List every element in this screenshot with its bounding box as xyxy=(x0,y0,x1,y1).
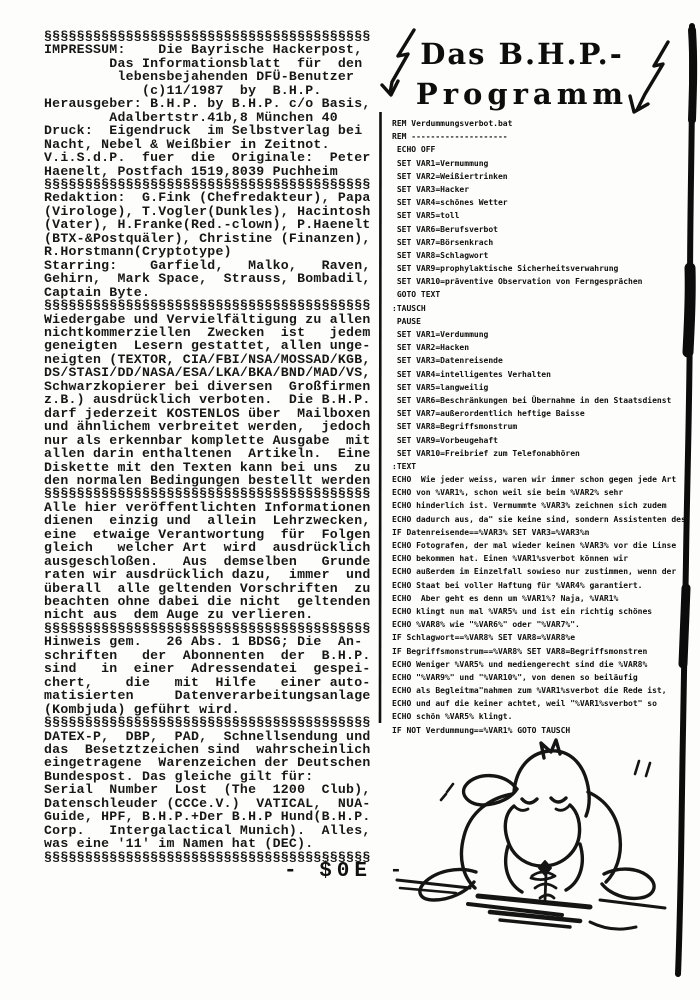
text-line: §§§§§§§§§§§§§§§§§§§§§§§§§§§§§§§§§§§§§§§§ xyxy=(44,487,384,500)
text-line: dienen einzig und allein Lehrzwecken, xyxy=(44,514,384,527)
text-line: SET VAR7=außerordentlich heftige Baisse xyxy=(392,407,692,420)
text-line: SET VAR8=Schlagwort xyxy=(392,249,692,262)
text-line: Schwarzkopierer bei diversen Großfirmen xyxy=(44,380,384,393)
text-line: REM Verdummungsverbot.bat xyxy=(392,117,692,130)
text-line: chert, die mit Hilfe einer auto- xyxy=(44,676,384,689)
text-line: SET VAR3=Datenreisende xyxy=(392,354,692,367)
text-line: IF Begriffsmonstrum==%VAR8% SET VAR8=Beg… xyxy=(392,645,692,658)
text-line: Diskette mit den Texten kann bei uns zu xyxy=(44,461,384,474)
text-line: beachten ohne dabei die nicht geltenden xyxy=(44,595,384,608)
text-line: überall alle geltenden Vorschriften zu xyxy=(44,582,384,595)
text-line: V.i.S.d.P. fuer die Originale: Peter xyxy=(44,151,384,164)
text-line: und ähnlichem verbreitet werden, jedoch xyxy=(44,420,384,433)
text-line: §§§§§§§§§§§§§§§§§§§§§§§§§§§§§§§§§§§§§§§§ xyxy=(44,716,384,729)
text-line: SET VAR3=Hacker xyxy=(392,183,692,196)
text-line: ECHO und auf die keiner achtet, weil "%V… xyxy=(392,697,692,710)
text-line: den normalen Bedingungen bestellt werden xyxy=(44,474,384,487)
text-line: neigten (TEXTOR, CIA/FBI/NSA/MOSSAD/KGB, xyxy=(44,353,384,366)
text-line: Bundespost. Das gleiche gilt für: xyxy=(44,770,384,783)
text-line: (Vater), H.Franke(Red.-clown), P.Haenelt xyxy=(44,218,384,231)
text-line: PAUSE xyxy=(392,315,692,328)
text-line: nicht aus dem Auge zu verlieren. xyxy=(44,608,384,621)
text-line: raten wir ausdrücklich dazu, immer und xyxy=(44,568,384,581)
text-line: IF NOT Verdummung==%VAR1% GOTO TAUSCH xyxy=(392,724,692,737)
text-line: §§§§§§§§§§§§§§§§§§§§§§§§§§§§§§§§§§§§§§§§ xyxy=(44,299,384,312)
text-line: ausgeschloßen. Aus demselben Grunde xyxy=(44,555,384,568)
text-line: Datenschleuder (CCCe.V.) VATICAL, NUA- xyxy=(44,797,384,810)
text-line: schriften der Abonnenten der B.H.P. xyxy=(44,649,384,662)
text-line: geneigten Lesern gestattet, allen unge- xyxy=(44,339,384,352)
text-line: ECHO Weniger %VAR5% und mediengerecht si… xyxy=(392,658,692,671)
text-line: SET VAR10=präventive Observation von Fer… xyxy=(392,275,692,288)
text-line: Guide, HPF, B.H.P.+Der B.H.P Hund(B.H.P. xyxy=(44,810,384,823)
text-line: Nacht, Nebel & Weißbier in Zeitnot. xyxy=(44,138,384,151)
program-title: Das B.H.P.- Programm xyxy=(402,34,642,114)
text-line: nichtkommerziellen Zwecken ist jedem xyxy=(44,326,384,339)
text-line: SET VAR5=toll xyxy=(392,209,692,222)
text-line: ECHO Fotografen, der mal wieder keinen %… xyxy=(392,539,692,552)
text-line: SET VAR1=Verdummung xyxy=(392,328,692,341)
impressum-text-block: §§§§§§§§§§§§§§§§§§§§§§§§§§§§§§§§§§§§§§§§… xyxy=(44,30,384,864)
text-line: sind in einer Adressendatei gespei- xyxy=(44,662,384,675)
text-line: SET VAR9=Vorbeugehaft xyxy=(392,434,692,447)
text-line: eine etwaige Verantwortung für Folgen xyxy=(44,528,384,541)
text-line: ECHO schön %VAR5% klingt. xyxy=(392,710,692,723)
text-line: Adalbertstr.41b,8 München 40 xyxy=(44,111,384,124)
text-line: (c)11/1987 by B.H.P. xyxy=(44,84,384,97)
text-line: :TAUSCH xyxy=(392,302,692,315)
batch-file-listing: REM Verdummungsverbot.batREM -----------… xyxy=(392,117,692,737)
text-line: Herausgeber: B.H.P. by B.H.P. c/o Basis, xyxy=(44,97,384,110)
text-line: nur als erkennbar komplette Ausgabe mit xyxy=(44,434,384,447)
text-line: IF Schlagwort==%VAR8% SET VAR8=%VAR8%e xyxy=(392,631,692,644)
text-line: was eine '11' im Namen hat (DEC). xyxy=(44,837,384,850)
text-line: SET VAR9=prophylaktische Sicherheitsverw… xyxy=(392,262,692,275)
text-line: eingetragene Warenzeichen der Deutschen xyxy=(44,756,384,769)
page-number: - $0E - xyxy=(284,860,407,883)
bhp-dog-cartoon xyxy=(397,740,665,929)
text-line: ECHO OFF xyxy=(392,143,692,156)
text-line: §§§§§§§§§§§§§§§§§§§§§§§§§§§§§§§§§§§§§§§§ xyxy=(44,30,384,43)
text-line: z.B.) ausdrücklich verboten. Die B.H.P. xyxy=(44,393,384,406)
text-line: Serial Number Lost (The 1200 Club), xyxy=(44,783,384,796)
text-line: SET VAR6=Berufsverbot xyxy=(392,223,692,236)
text-line: (Virologe), T.Vogler(Dunkles), Hacintosh xyxy=(44,205,384,218)
text-line: Hinweis gem. 26 Abs. 1 BDSG; Die An- xyxy=(44,635,384,648)
text-line: ECHO Wie jeder weiss, waren wir immer sc… xyxy=(392,473,692,486)
text-line: ECHO von %VAR1%, schon weil sie beim %VA… xyxy=(392,486,692,499)
text-line: GOTO TEXT xyxy=(392,288,692,301)
text-line: REM -------------------- xyxy=(392,130,692,143)
text-line: SET VAR7=Börsenkrach xyxy=(392,236,692,249)
text-line: gleich welcher Art wird ausdrücklich xyxy=(44,541,384,554)
text-line: SET VAR2=Weißiertrinken xyxy=(392,170,692,183)
text-line: Alle hier veröffentlichten Informationen xyxy=(44,501,384,514)
text-line: Druck: Eigendruck im Selbstverlag bei xyxy=(44,124,384,137)
text-line: das Besetztzeichen sind wahrscheinlich xyxy=(44,743,384,756)
text-line: SET VAR2=Hacken xyxy=(392,341,692,354)
text-line: ECHO "%VAR9%" und "%VAR10%", von denen s… xyxy=(392,671,692,684)
text-line: SET VAR1=Vermummung xyxy=(392,157,692,170)
text-line: Wiedergabe und Vervielfältigung zu allen xyxy=(44,313,384,326)
text-line: Gehirn, Mark Space, Strauss, Bombadil, xyxy=(44,272,384,285)
text-line: :TEXT xyxy=(392,460,692,473)
text-line: lebensbejahenden DFÜ-Benutzer xyxy=(44,70,384,83)
text-line: (BTX-&Postquäler), Christine (Finanzen), xyxy=(44,232,384,245)
text-line: ECHO bekommen hat. Einen %VAR1%sverbot k… xyxy=(392,552,692,565)
text-line: ECHO hinderlich ist. Vermummte %VAR3% ze… xyxy=(392,499,692,512)
text-line: (Kombjuda) geführt wird. xyxy=(44,703,384,716)
text-line: SET VAR10=Freibrief zum Telefonabhören xyxy=(392,447,692,460)
text-line: R.Horstmann(Cryptotype) xyxy=(44,245,384,258)
text-line: SET VAR4=schönes Wetter xyxy=(392,196,692,209)
text-line: ECHO als Begleitma"nahmen zum %VAR1%sver… xyxy=(392,684,692,697)
text-line: Starring: Garfield, Malko, Raven, xyxy=(44,259,384,272)
text-line: DS/STASI/DD/NASA/ESA/LKA/BKA/BND/MAD/VS, xyxy=(44,366,384,379)
scanned-fanzine-page: §§§§§§§§§§§§§§§§§§§§§§§§§§§§§§§§§§§§§§§§… xyxy=(0,0,700,1000)
text-line: §§§§§§§§§§§§§§§§§§§§§§§§§§§§§§§§§§§§§§§§ xyxy=(44,622,384,635)
text-line: SET VAR8=Begriffsmonstrum xyxy=(392,420,692,433)
text-line: ECHO klingt nun mal %VAR5% und ist ein r… xyxy=(392,605,692,618)
text-line: allen darin enthaltenen Artikeln. Eine xyxy=(44,447,384,460)
text-line: DATEX-P, DBP, PAD, Schnellsendung und xyxy=(44,730,384,743)
text-line: Corp. Intergalactical Munich). Alles, xyxy=(44,824,384,837)
text-line: ECHO außerdem im Einzelfall sowieso nur … xyxy=(392,565,692,578)
text-line: matisierten Datenverarbeitungsanlage xyxy=(44,689,384,702)
text-line: SET VAR5=langweilig xyxy=(392,381,692,394)
text-line: Captain Byte. xyxy=(44,286,384,299)
text-line: ECHO dadurch aus, da" sie keine sind, so… xyxy=(392,513,692,526)
text-line: Redaktion: G.Fink (Chefredakteur), Papa xyxy=(44,191,384,204)
text-line: IF Datenreisende==%VAR3% SET VAR3=%VAR3%… xyxy=(392,526,692,539)
text-line: darf jederzeit KOSTENLOS über Mailboxen xyxy=(44,407,384,420)
text-line: ECHO Aber geht es denn um %VAR1%? Naja, … xyxy=(392,592,692,605)
text-line: IMPRESSUM: Die Bayrische Hackerpost, xyxy=(44,43,384,56)
program-title-line1: Das B.H.P.- xyxy=(402,34,642,74)
text-line: SET VAR6=Beschränkungen bei Übernahme in… xyxy=(392,394,692,407)
program-title-line2: Programm xyxy=(402,74,642,114)
text-line: ECHO %VAR8% wie "%VAR6%" oder "%VAR7%". xyxy=(392,618,692,631)
text-line: ECHO Staat bei voller Haftung für %VAR4%… xyxy=(392,579,692,592)
text-line: Haenelt, Postfach 1519,8039 Puchheim xyxy=(44,165,384,178)
text-line: §§§§§§§§§§§§§§§§§§§§§§§§§§§§§§§§§§§§§§§§ xyxy=(44,178,384,191)
text-line: SET VAR4=intelligentes Verhalten xyxy=(392,368,692,381)
